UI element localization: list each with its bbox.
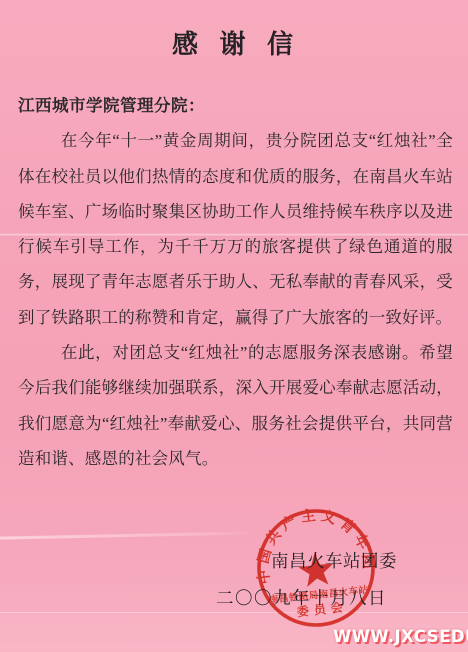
- paragraph-2: 在此，对团总支“红烛社”的志愿服务深表感谢。希望今后我们能够继续加强联系，深入开…: [18, 335, 453, 476]
- site-watermark: WWW.JXCSEDU.COM: [333, 627, 468, 646]
- paper-crease: [0, 531, 255, 539]
- letter-body: 江西城市学院管理分院： 在今年“十一”黄金周期间，贵分院团总支“红烛社”全体在校…: [18, 88, 453, 476]
- signature-org: 南昌火车站团委: [271, 548, 397, 573]
- scanned-letter-page: 感 谢 信 江西城市学院管理分院： 在今年“十一”黄金周期间，贵分院团总支“红烛…: [0, 0, 468, 652]
- paragraph-1: 在今年“十一”黄金周期间，贵分院团总支“红烛社”全体在校社员以他们热情的态度和优…: [18, 123, 453, 335]
- letter-title: 感 谢 信: [0, 24, 468, 61]
- salutation: 江西城市学院管理分院：: [18, 88, 453, 123]
- letter-date: 二〇〇九年十月八日: [216, 585, 387, 610]
